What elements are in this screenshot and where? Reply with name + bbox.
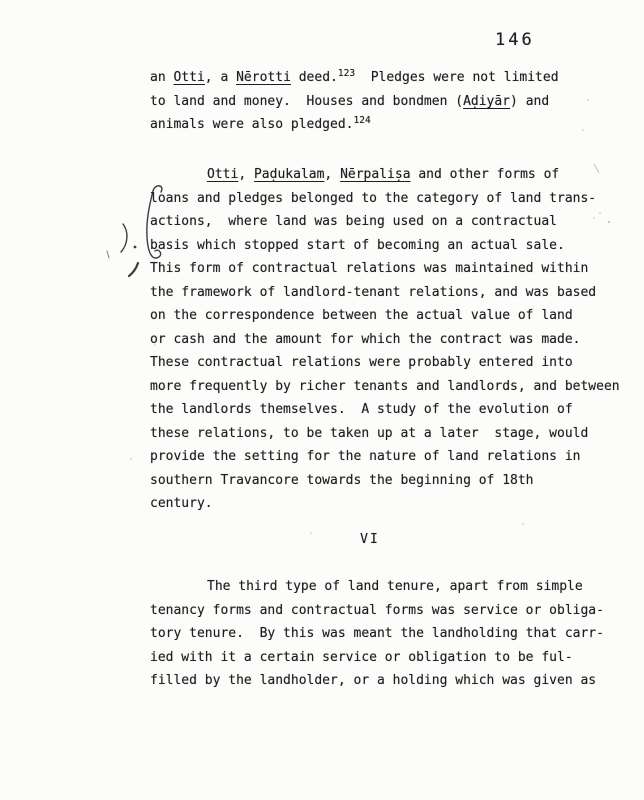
text-line: filled by the landholder, or a holding w… [150,669,622,693]
text-line: loans and pledges belonged to the catego… [150,187,622,211]
text-line: actions, where land was being used on a … [150,210,622,234]
paragraph-pledges: an Otti, a Nērotti deed.123 Pledges were… [150,66,622,137]
document-page: 146 an Otti, a Nērotti deed.123 Pledges … [0,0,644,800]
text-line: century. [150,492,622,516]
text-line: these relations, to be taken up at a lat… [150,422,622,446]
text-line: the framework of landlord-tenant relatio… [150,281,622,305]
text-line: provide the setting for the nature of la… [150,445,622,469]
text-line: The third type of land tenure, apart fro… [150,575,622,599]
text-line: ied with it a certain service or obligat… [150,646,622,670]
text-line: on the correspondence between the actual… [150,304,622,328]
text-line: or cash and the amount for which the con… [150,328,622,352]
text-line: an Otti, a Nērotti deed.123 Pledges were… [150,66,622,90]
section-heading: VI [140,532,600,547]
footnote-reference: 124 [354,115,371,126]
text-line: This form of contractual relations was m… [150,257,622,281]
text-line: Otti, Paḍukalam, Nērpaliṣa and other for… [150,163,622,187]
paragraph-service-tenure: The third type of land tenure, apart fro… [150,575,622,693]
paragraph-contractual-relations: Otti, Paḍukalam, Nērpaliṣa and other for… [150,163,622,516]
text-line: southern Travancore towards the beginnin… [150,469,622,493]
text-line: more frequently by richer tenants and la… [150,375,622,399]
text-line: to land and money. Houses and bondmen (A… [150,90,622,114]
footnote-reference: 123 [338,68,355,79]
text-line: animals were also pledged.124 [150,113,622,137]
text-line: These contractual relations were probabl… [150,351,622,375]
text-line: basis which stopped start of becoming an… [150,234,622,258]
text-line: tenancy forms and contractual forms was … [150,599,622,623]
text-line: tory tenure. By this was meant the landh… [150,622,622,646]
text-line: the landlords themselves. A study of the… [150,398,622,422]
page-number: 146 [495,30,535,50]
